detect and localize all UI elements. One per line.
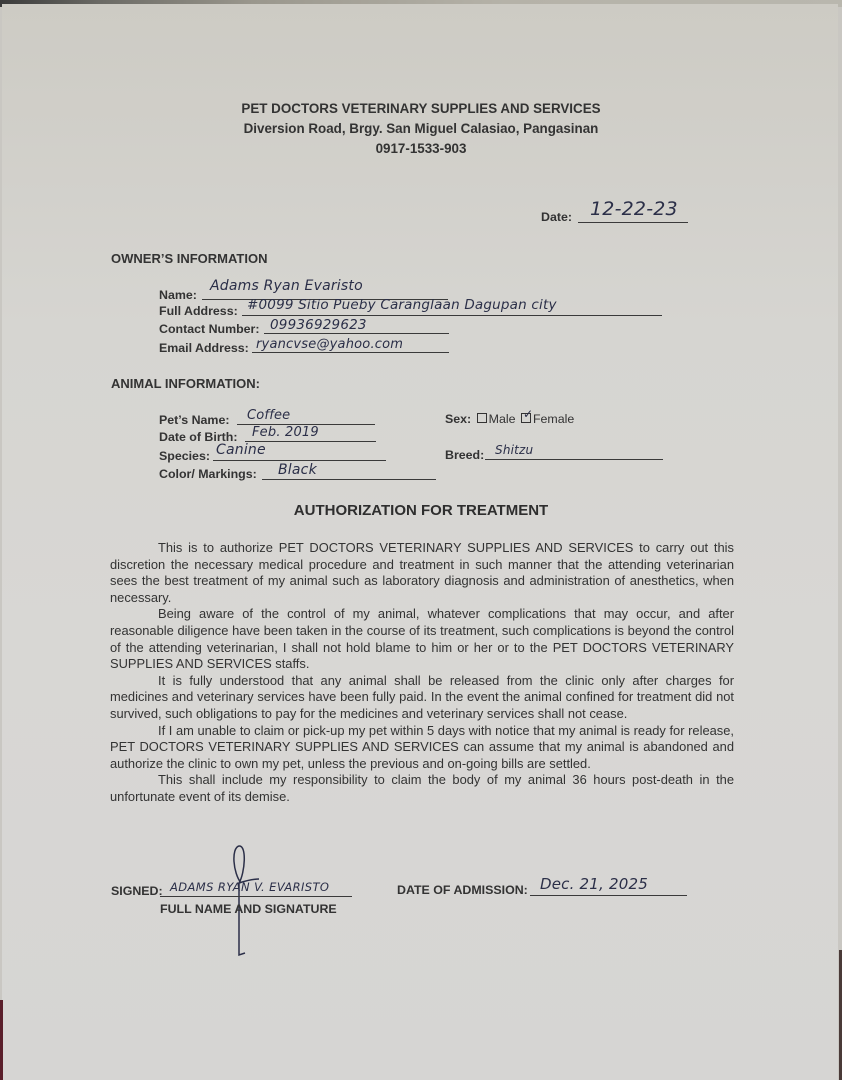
owner-name-value[interactable]: Adams Ryan Evaristo [210, 278, 363, 294]
authorization-paragraph: Being aware of the control of my animal,… [110, 606, 734, 672]
signature-caption: FULL NAME AND SIGNATURE [160, 902, 337, 916]
owner-contact-value[interactable]: 09936929623 [270, 317, 367, 333]
sex-female-checkbox[interactable]: ✓ [521, 413, 531, 423]
authorization-paragraph: This is to authorize PET DOCTORS VETERIN… [110, 540, 734, 606]
authorization-body: This is to authorize PET DOCTORS VETERIN… [110, 540, 734, 806]
owner-contact-label: Contact Number: [159, 322, 260, 336]
owner-email-value[interactable]: ryancvse@yahoo.com [256, 337, 403, 352]
owner-name-label: Name: [159, 288, 197, 302]
admission-date-value[interactable]: Dec. 21, 2025 [540, 875, 648, 893]
color-value[interactable]: Black [278, 462, 317, 478]
sex-label: Sex: [445, 412, 471, 426]
species-line [213, 460, 386, 461]
owner-contact-line [264, 333, 449, 334]
sex-female-label: Female [533, 412, 574, 426]
date-value[interactable]: 12-22-23 [590, 198, 678, 220]
date-line [578, 222, 688, 223]
breed-line [485, 459, 663, 460]
owner-email-line [252, 352, 449, 353]
owner-address-line [242, 315, 662, 316]
owner-email-label: Email Address: [159, 341, 249, 355]
date-label: Date: [541, 210, 572, 224]
authorization-paragraph: If I am unable to claim or pick-up my pe… [110, 723, 734, 773]
photo-left-edge [0, 1000, 3, 1080]
owner-section-heading: OWNER’S INFORMATION [111, 251, 267, 266]
clinic-name: PET DOCTORS VETERINARY SUPPLIES AND SERV… [0, 99, 842, 119]
dob-value[interactable]: Feb. 2019 [252, 425, 319, 440]
species-value[interactable]: Canine [216, 442, 266, 458]
color-line [262, 479, 436, 480]
animal-section-heading: ANIMAL INFORMATION: [111, 376, 260, 391]
sex-field: Sex: Male ✓Female [445, 412, 574, 426]
authorization-paragraph: This shall include my responsibility to … [110, 772, 734, 805]
signed-name-value[interactable]: ADAMS RYAN V. EVARISTO [170, 880, 329, 894]
color-label: Color/ Markings: [159, 467, 257, 481]
pet-name-value[interactable]: Coffee [247, 408, 290, 423]
owner-address-label: Full Address: [159, 304, 238, 318]
pet-name-label: Pet’s Name: [159, 413, 229, 427]
sex-male-checkbox[interactable] [477, 413, 487, 423]
clinic-phone: 0917-1533-903 [0, 139, 842, 159]
breed-label: Breed: [445, 448, 484, 462]
owner-address-value[interactable]: #0099 Sitio Pueby Caranglaan Dagupan cit… [247, 297, 557, 313]
breed-value[interactable]: Shitzu [495, 443, 533, 457]
admission-date-label: DATE OF ADMISSION: [397, 883, 528, 897]
admission-date-line [530, 895, 687, 896]
authorization-paragraph: It is fully understood that any animal s… [110, 673, 734, 723]
species-label: Species: [159, 449, 210, 463]
clinic-address: Diversion Road, Brgy. San Miguel Calasia… [0, 119, 842, 139]
sex-male-label: Male [489, 412, 516, 426]
signature-scribble-icon [225, 843, 265, 958]
signed-label: SIGNED: [111, 884, 163, 898]
checkmark-icon: ✓ [523, 407, 533, 421]
authorization-title: AUTHORIZATION FOR TREATMENT [0, 502, 842, 519]
signed-line [160, 896, 352, 897]
